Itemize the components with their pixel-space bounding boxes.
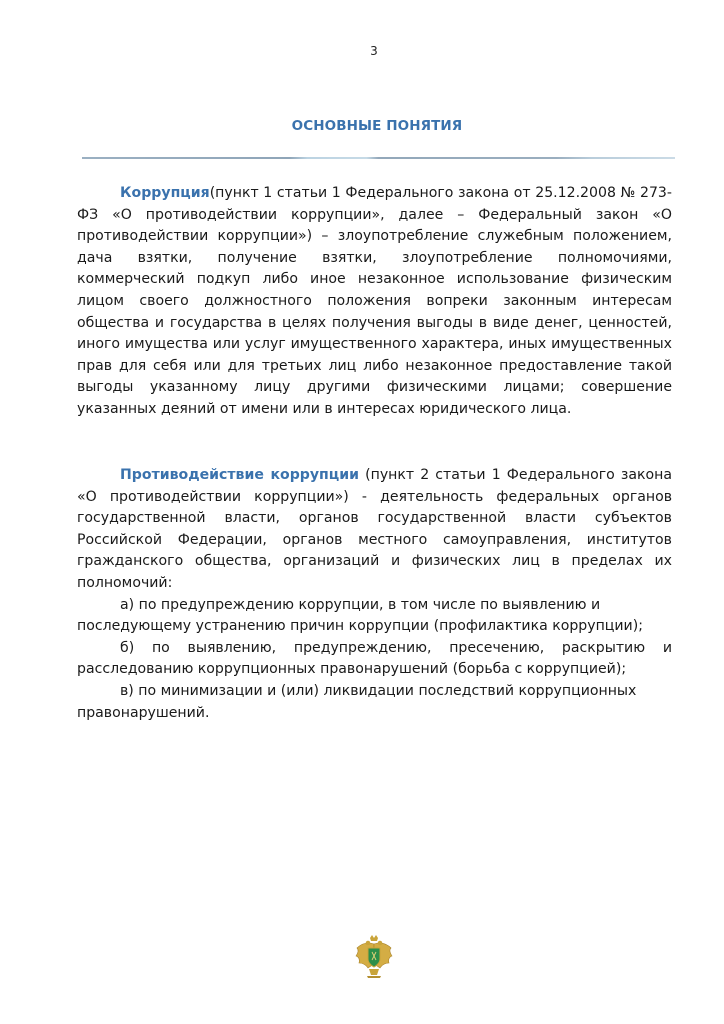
- title-divider: [82, 157, 675, 159]
- definition-anti-corruption-text: (пункт 2 статьи 1 Федерального закона «О…: [77, 467, 672, 591]
- definition-corruption: Коррупция(пункт 1 статьи 1 Федерального …: [77, 183, 672, 421]
- page-title: ОСНОВНЫЕ ПОНЯТИЯ: [0, 118, 724, 134]
- list-item-b: б) по выявлению, предупреждению, пресече…: [77, 638, 672, 681]
- definition-corruption-text: (пункт 1 статьи 1 Федерального закона от…: [77, 185, 672, 417]
- definition-anti-corruption: Противодействие коррупции (пункт 2 стать…: [77, 465, 672, 724]
- page-number: 3: [0, 44, 724, 58]
- prosecutor-emblem-icon: [354, 934, 394, 980]
- list-item-a: а) по предупреждению коррупции, в том чи…: [77, 595, 672, 638]
- list-item-c: в) по минимизации и (или) ликвидации пос…: [77, 681, 672, 724]
- list-item-c-text: в) по минимизации и (или) ликвидации пос…: [77, 683, 636, 721]
- list-item-b-text: б) по выявлению, предупреждению, пресече…: [77, 640, 672, 678]
- term-anti-corruption: Противодействие коррупции: [120, 467, 359, 483]
- list-item-a-text: а) по предупреждению коррупции, в том чи…: [77, 597, 643, 635]
- term-corruption: Коррупция: [120, 185, 210, 201]
